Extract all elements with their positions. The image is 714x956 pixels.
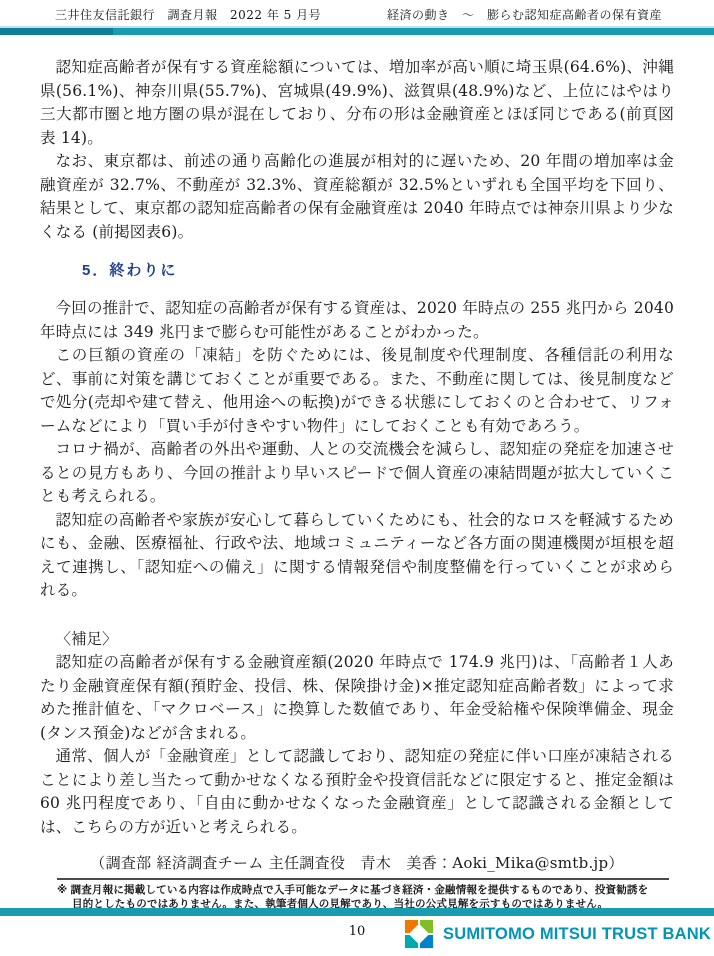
bank-logo: SUMITOMO MITSUI TRUST BANK bbox=[404, 919, 711, 949]
paragraph: 認知症の高齢者や家族が安心して暮らしていくためにも、社会的なロスを軽減するために… bbox=[40, 509, 674, 603]
document-page: 三井住友信託銀行 調査月報 2022 年 5 月号 経済の動き ～ 膨らむ認知症… bbox=[0, 0, 714, 956]
paragraph: 今回の推計で、認知症の高齢者が保有する資産は、2020 年時点の 255 兆円か… bbox=[40, 297, 674, 344]
conclusion-paragraphs: 今回の推計で、認知症の高齢者が保有する資産は、2020 年時点の 255 兆円か… bbox=[40, 297, 674, 603]
paragraph: コロナ禍が、高齢者の外出や運動、人との交流機会を減らし、認知症の発症を加速させる… bbox=[40, 438, 674, 509]
supplement-title: 〈補足〉 bbox=[40, 628, 674, 652]
paragraph: 認知症の高齢者が保有する金融資産額(2020 年時点で 174.9 兆円)は、「… bbox=[40, 651, 674, 745]
intro-paragraphs: 認知症高齢者が保有する資産総額については、増加率が高い順に埼玉県(64.6%)、… bbox=[40, 56, 674, 244]
bank-logo-text: SUMITOMO MITSUI TRUST BANK bbox=[443, 925, 711, 944]
bank-logo-icon bbox=[404, 919, 434, 949]
section-heading: 5．終わりに bbox=[82, 259, 674, 280]
page-header: 三井住友信託銀行 調査月報 2022 年 5 月号 経済の動き ～ 膨らむ認知症… bbox=[0, 0, 714, 26]
disclaimer-line: ※ 調査月報に掲載している内容は作成時点で入手可能なデータに基づき経済・金融情報… bbox=[57, 884, 669, 898]
paragraph: 認知症高齢者が保有する資産総額については、増加率が高い順に埼玉県(64.6%)、… bbox=[40, 56, 674, 150]
paragraph: 通常、個人が「金融資産」として認識しており、認知症の発症に伴い口座が凍結されるこ… bbox=[40, 745, 674, 839]
header-rule bbox=[0, 26, 714, 35]
document-body: 認知症高齢者が保有する資産総額については、増加率が高い順に埼玉県(64.6%)、… bbox=[40, 56, 674, 873]
disclaimer-note: ※ 調査月報に掲載している内容は作成時点で入手可能なデータに基づき経済・金融情報… bbox=[57, 878, 669, 911]
supplement-section: 〈補足〉 認知症の高齢者が保有する金融資産額(2020 年時点で 174.9 兆… bbox=[40, 628, 674, 840]
header-article-title: 経済の動き ～ 膨らむ認知症高齢者の保有資産 bbox=[387, 6, 662, 23]
header-publication-title: 三井住友信託銀行 調査月報 2022 年 5 月号 bbox=[55, 6, 321, 23]
paragraph: なお、東京都は、前述の通り高齢化の進展が相対的に遅いため、20 年間の増加率は金… bbox=[40, 150, 674, 244]
paragraph: この巨額の資産の「凍結」を防ぐためには、後見制度や代理制度、各種信託の利用など、… bbox=[40, 344, 674, 438]
author-contact-line: （調査部 経済調査チーム 主任調査役 青木 美香：Aoki_Mika@smtb.… bbox=[40, 852, 674, 873]
footer-accent-bar bbox=[0, 908, 714, 916]
